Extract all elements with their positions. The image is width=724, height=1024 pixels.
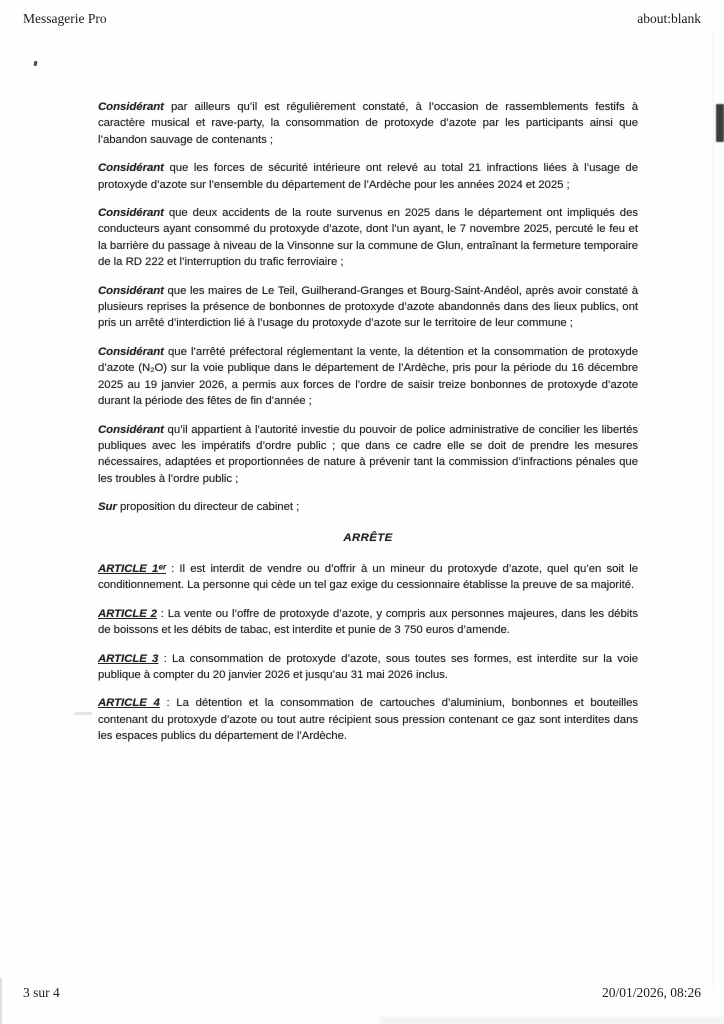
article-paragraph: ARTICLE 3 : La consommation de protoxyde… bbox=[98, 651, 638, 684]
article-paragraph: ARTICLE 2 : La vente ou l’offre de proto… bbox=[98, 606, 638, 639]
document-content: Considérant par ailleurs qu’il est régul… bbox=[98, 99, 638, 757]
scan-edge-line-right bbox=[713, 30, 714, 990]
considerant-lead: Considérant bbox=[98, 424, 164, 436]
considerant-paragraph: Considérant que les maires de Le Teil, G… bbox=[98, 283, 638, 332]
article-label: ARTICLE 4 bbox=[98, 697, 160, 709]
scan-margin-dash-artifact bbox=[74, 712, 92, 715]
proposition-lead: Sur bbox=[98, 501, 117, 513]
article-label: ARTICLE 2 bbox=[98, 608, 157, 620]
considerant-lead: Considérant bbox=[98, 207, 164, 219]
considerant-lead: Considérant bbox=[98, 285, 164, 297]
considerant-lead: Considérant bbox=[98, 346, 164, 358]
considerant-paragraph: Considérant qu’il appartient à l’autorit… bbox=[98, 422, 638, 488]
considerant-paragraph: Considérant que l’arrêté préfectoral rég… bbox=[98, 344, 638, 410]
considerant-paragraph: Considérant que deux accidents de la rou… bbox=[98, 205, 638, 271]
considerant-lead: Considérant bbox=[98, 162, 164, 174]
page-url: about:blank bbox=[637, 11, 701, 27]
page-indicator: 3 sur 4 bbox=[23, 985, 60, 1001]
print-footer: 3 sur 4 20/01/2026, 08:26 bbox=[23, 985, 701, 1001]
app-title: Messagerie Pro bbox=[23, 11, 107, 27]
article-paragraph: ARTICLE 1ᵉʳ : Il est interdit de vendre … bbox=[98, 561, 638, 594]
print-timestamp: 20/01/2026, 08:26 bbox=[602, 985, 701, 1001]
article-label: ARTICLE 1ᵉʳ bbox=[98, 563, 166, 575]
article-label: ARTICLE 3 bbox=[98, 653, 158, 665]
proposition-paragraph: Sur proposition du directeur de cabinet … bbox=[98, 499, 638, 515]
considerant-paragraph: Considérant que les forces de sécurité i… bbox=[98, 160, 638, 193]
arrete-heading: ARRÊTE bbox=[98, 530, 638, 546]
scan-speck-artifact bbox=[34, 61, 38, 67]
considerant-paragraph: Considérant par ailleurs qu’il est régul… bbox=[98, 99, 638, 148]
considerant-lead: Considérant bbox=[98, 101, 164, 113]
print-header: Messagerie Pro about:blank bbox=[23, 11, 701, 27]
article-paragraph: ARTICLE 4 : La détention et la consommat… bbox=[98, 695, 638, 744]
scan-edge-bar-artifact bbox=[716, 104, 724, 142]
scan-edge-line-left bbox=[0, 978, 2, 1024]
scan-bottom-smudge-artifact bbox=[380, 1017, 724, 1024]
printed-page: Messagerie Pro about:blank Considérant p… bbox=[0, 0, 724, 1024]
